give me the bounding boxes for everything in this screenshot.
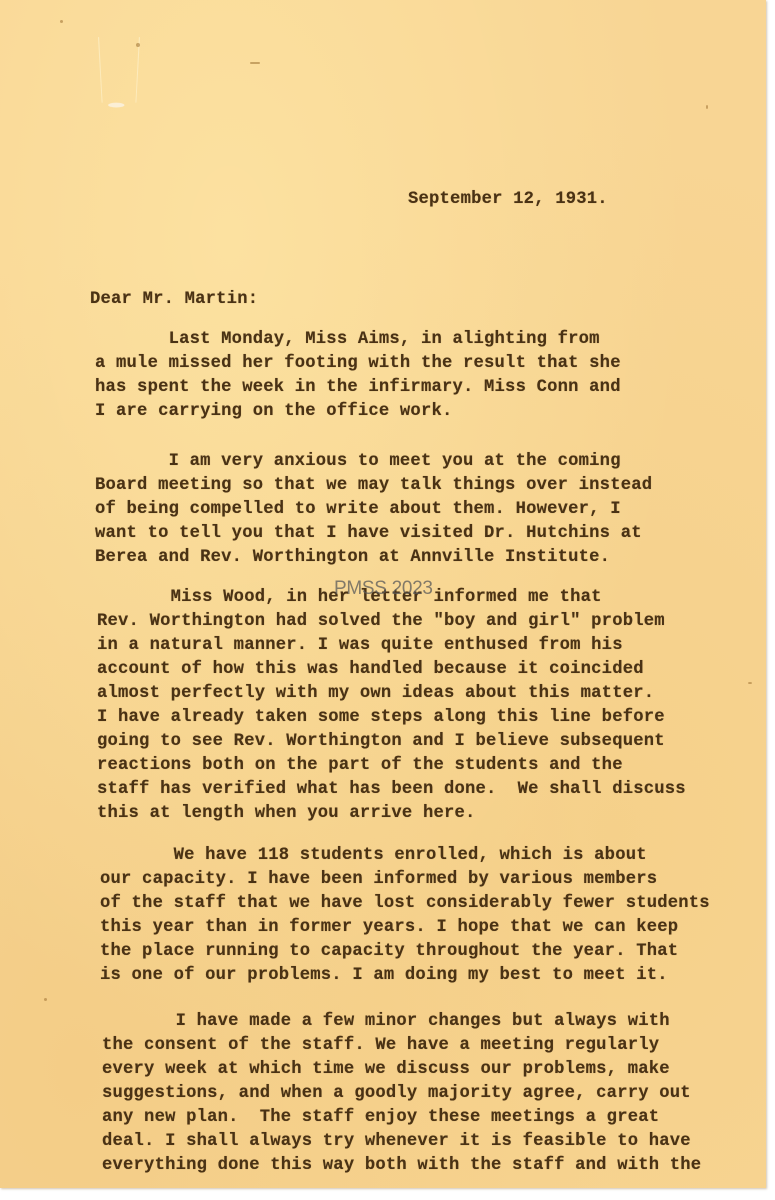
text-line: is one of our problems. I am doing my be… [100, 966, 668, 985]
paper-fleck [60, 20, 63, 23]
paragraph-3: Miss Wood, in her letter informed me tha… [97, 588, 139, 816]
text-line: suggestions, and when a goodly majority … [102, 1084, 691, 1103]
paragraph-4: We have 118 students enrolled, which is … [100, 846, 142, 998]
text-line: our capacity. I have been informed by va… [100, 870, 657, 889]
text-line: almost perfectly with my own ideas about… [97, 684, 654, 703]
text-line: going to see Rev. Worthington and I beli… [97, 732, 665, 751]
text-line: everything done this way both with the s… [102, 1156, 701, 1175]
text-line: account of how this was handled because … [97, 660, 644, 679]
paper-fleck [748, 682, 752, 684]
text-line: I have already taken some steps along th… [97, 708, 665, 727]
text-line: I am very anxious to meet you at the com… [95, 452, 621, 471]
text-line: this at length when you arrive here. [97, 804, 476, 823]
text-line: every week at which time we discuss our … [102, 1060, 670, 1079]
text-line: Berea and Rev. Worthington at Annville I… [95, 548, 610, 567]
letter-salutation: Dear Mr. Martin: [90, 290, 258, 309]
text-line: of being compelled to write about them. … [95, 500, 621, 519]
paragraph-1: Last Monday, Miss Aims, in alighting fro… [95, 330, 137, 444]
text-line: staff has verified what has been done. W… [97, 780, 686, 799]
text-line: a mule missed her footing with the resul… [95, 354, 621, 373]
text-line: the consent of the staff. We have a meet… [102, 1036, 659, 1055]
text-line: the place running to capacity throughout… [100, 942, 678, 961]
text-line: deal. I shall always try whenever it is … [102, 1132, 691, 1151]
text-line: has spent the week in the infirmary. Mis… [95, 378, 621, 397]
text-line: this year than in former years. I hope t… [100, 918, 678, 937]
letter-date: September 12, 1931. [408, 190, 608, 209]
text-line: I are carrying on the office work. [95, 402, 452, 421]
paper-fleck [706, 105, 708, 109]
paper-fleck [136, 43, 140, 47]
text-line: Rev. Worthington had solved the "boy and… [97, 612, 665, 631]
text-line: Board meeting so that we may talk things… [95, 476, 652, 495]
text-line: reactions both on the part of the studen… [97, 756, 623, 775]
paper-fleck [44, 998, 47, 1001]
text-line: Last Monday, Miss Aims, in alighting fro… [95, 330, 600, 349]
letter-page: September 12, 1931. Dear Mr. Martin: Las… [0, 0, 766, 1188]
paperclip-mark [98, 37, 140, 103]
text-line: in a natural manner. I was quite enthuse… [97, 636, 623, 655]
text-line: want to tell you that I have visited Dr.… [95, 524, 642, 543]
text-line: of the staff that we have lost considera… [100, 894, 710, 913]
text-line: We have 118 students enrolled, which is … [100, 846, 647, 865]
text-line: I have made a few minor changes but alwa… [102, 1012, 670, 1031]
paragraph-2: I am very anxious to meet you at the com… [95, 452, 137, 585]
paper-fleck [250, 62, 260, 64]
archive-watermark: PMSS 2023 [334, 578, 433, 600]
paragraph-5: I have made a few minor changes but alwa… [102, 1012, 144, 1183]
text-line: any new plan. The staff enjoy these meet… [102, 1108, 659, 1127]
